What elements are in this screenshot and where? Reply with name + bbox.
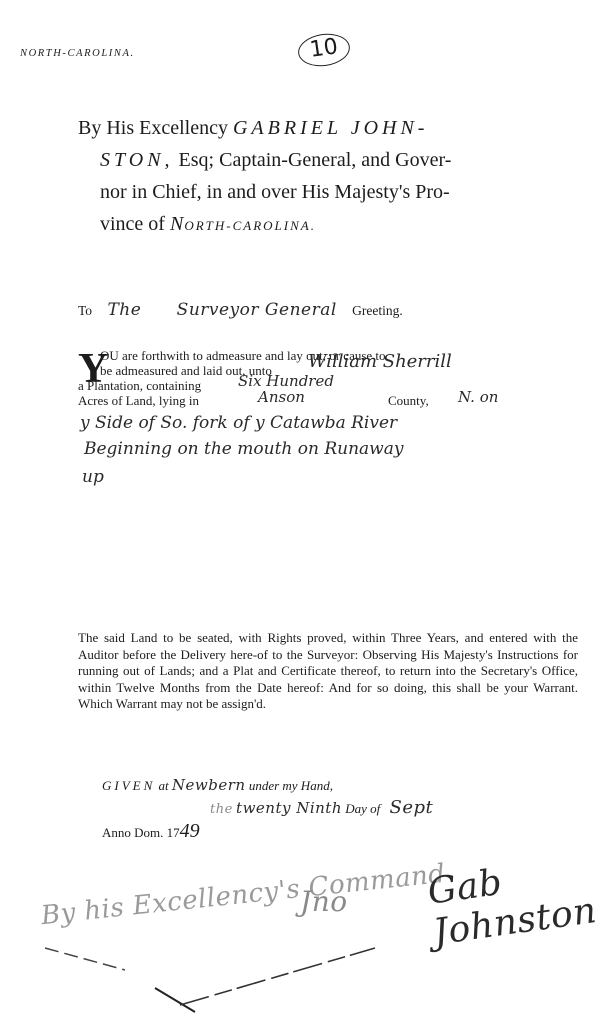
conditions-paragraph: The said Land to be seated, with Rights … xyxy=(78,630,578,713)
state-heading: NORTH-CAROLINA. xyxy=(20,48,135,59)
proclamation-title: By His Excellency GABRIEL JOHN- STON, Es… xyxy=(78,112,548,242)
acreage-handwritten: Six Hundred xyxy=(238,374,334,389)
secretary-name-faint: Jno xyxy=(300,885,348,918)
governor-signature: Gab Johnston xyxy=(425,849,600,954)
secretary-signature-faint: By his Excellency's Command xyxy=(40,859,447,931)
governor-name: GABRIEL JOHN- xyxy=(233,117,429,139)
place-handwritten: Newbern xyxy=(172,776,246,794)
day-handwritten: twenty Ninth xyxy=(236,799,342,817)
title-line-4: vince of NORTH-CAROLINA. xyxy=(78,208,548,242)
county-handwritten: Anson xyxy=(258,390,305,405)
anno-domini-line: Anno Dom. 1749 xyxy=(102,820,200,843)
day-line: the twenty Ninth Day of Sept xyxy=(210,797,433,818)
month-handwritten: Sept xyxy=(390,797,434,818)
title-line-1: By His Excellency GABRIEL JOHN- xyxy=(78,112,548,144)
province-name: ORTH-CAROLINA. xyxy=(184,218,316,233)
title-line-2: STON, Esq; Captain-General, and Gover- xyxy=(78,144,548,176)
handwritten-the: The xyxy=(107,300,141,320)
title-line-3: nor in Chief, in and over His Majesty's … xyxy=(78,176,548,208)
folio-number-circled: 10 xyxy=(296,31,352,70)
handwritten-surveyor-general: Surveyor General xyxy=(177,300,337,320)
given-at-line: GIVEN at Newbern under my Hand, xyxy=(102,776,333,794)
year-handwritten: 49 xyxy=(180,820,200,842)
addressee-line: To The Surveyor General Greeting. xyxy=(78,300,558,320)
land-description-handwritten: y Side of So. fork of y Catawba River xyxy=(80,416,397,431)
signature-flourish-icon xyxy=(35,930,415,1020)
grantee-name-handwritten: William Sherrill xyxy=(308,354,452,369)
